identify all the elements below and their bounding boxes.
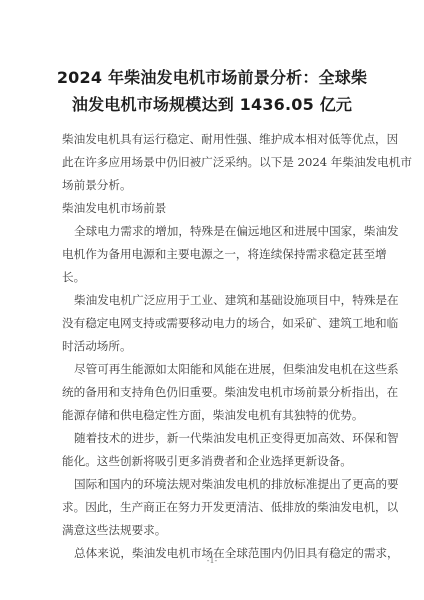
body-line: 没有稳定电网支持或需要移动电力的场合，如采矿、建筑工地和临 xyxy=(62,312,362,335)
body-line: 国际和国内的环境法规对柴油发电机的排放标准提出了更高的要 xyxy=(62,473,362,496)
document-body: 柴油发电机具有运行稳定、耐用性强、维护成本相对低等优点，因 此在许多应用场景中仍… xyxy=(62,128,362,565)
title-line-1: 2024 年柴油发电机市场前景分析：全球柴 xyxy=(40,64,384,91)
title-line-2: 油发电机市场规模达到 1436.05 亿元 xyxy=(40,91,384,118)
body-line: 能化。这些创新将吸引更多消费者和企业选择更新设备。 xyxy=(62,450,362,473)
body-line: 柴油发电机广泛应用于工业、建筑和基础设施项目中，特殊是在 xyxy=(62,289,362,312)
body-line: 长。 xyxy=(62,266,362,289)
body-line: 场前景分析。 xyxy=(62,174,362,197)
document-title: 2024 年柴油发电机市场前景分析：全球柴 油发电机市场规模达到 1436.05… xyxy=(40,64,384,118)
body-line: 柴油发电机具有运行稳定、耐用性强、维护成本相对低等优点，因 xyxy=(62,128,362,151)
body-line: 随着技术的进步，新一代柴油发电机正变得更加高效、环保和智 xyxy=(62,427,362,450)
page-number: -1- xyxy=(0,556,424,565)
body-line: 能源存储和供电稳定性方面，柴油发电机有其独特的优势。 xyxy=(62,404,362,427)
body-line: 求。因此，生产商正在努力开发更清洁、低排放的柴油发电机，以 xyxy=(62,496,362,519)
body-line: 时活动场所。 xyxy=(62,335,362,358)
body-line: 电机作为备用电源和主要电源之一，将连续保持需求稳定甚至增 xyxy=(62,243,362,266)
body-line: 尽管可再生能源如太阳能和风能在进展，但柴油发电机在这些系 xyxy=(62,358,362,381)
document-page: 2024 年柴油发电机市场前景分析：全球柴 油发电机市场规模达到 1436.05… xyxy=(0,0,424,600)
body-line: 满意这些法规要求。 xyxy=(62,519,362,542)
body-line: 统的备用和支持角色仍旧重要。柴油发电机市场前景分析指出，在 xyxy=(62,381,362,404)
section-heading: 柴油发电机市场前景 xyxy=(62,197,362,220)
body-line: 全球电力需求的增加，特殊是在偏远地区和进展中国家，柴油发 xyxy=(62,220,362,243)
body-line: 此在许多应用场景中仍旧被广泛采纳。以下是 2024 年柴油发电机市 xyxy=(62,151,362,174)
